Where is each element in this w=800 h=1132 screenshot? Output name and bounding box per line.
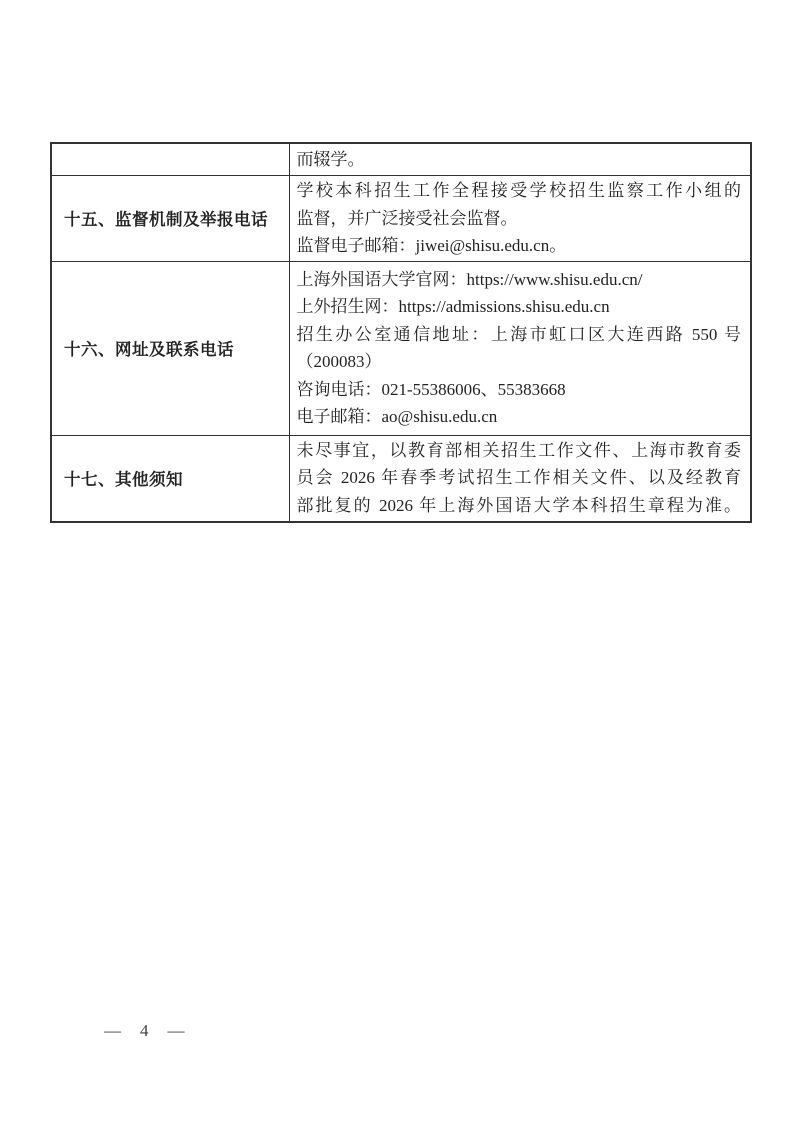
content-line: 监督，并广泛接受社会监督。 bbox=[297, 205, 742, 233]
row-label-cell: 十七、其他须知 bbox=[51, 435, 289, 522]
content-line: 而辍学。 bbox=[297, 146, 742, 174]
row-content-cell: 学校本科招生工作全程接受学校招生监察工作小组的 监督，并广泛接受社会监督。 监督… bbox=[289, 176, 751, 262]
row-label-cell bbox=[51, 143, 289, 176]
table-row: 而辍学。 bbox=[51, 143, 751, 176]
content-line: 未尽事宜，以教育部相关招生工作文件、上海市教育委 bbox=[297, 437, 742, 465]
content-line: 电子邮箱：ao@shisu.edu.cn bbox=[297, 403, 742, 431]
content-line: 咨询电话：021-55386006、55383668 bbox=[297, 376, 742, 404]
row-content-cell: 而辍学。 bbox=[289, 143, 751, 176]
content-line: （200083） bbox=[297, 348, 742, 376]
row-label-cell: 十六、网址及联系电话 bbox=[51, 261, 289, 435]
row-label-cell: 十五、监督机制及举报电话 bbox=[51, 176, 289, 262]
row-content-cell: 未尽事宜，以教育部相关招生工作文件、上海市教育委 员会 2026 年春季考试招生… bbox=[289, 435, 751, 522]
footer-dash-left: — bbox=[104, 1021, 121, 1041]
content-line: 员会 2026 年春季考试招生工作相关文件、以及经教育 bbox=[297, 464, 742, 492]
table-row: 十六、网址及联系电话 上海外国语大学官网：https://www.shisu.e… bbox=[51, 261, 751, 435]
page-footer: — 4 — bbox=[104, 1021, 185, 1041]
content-line: 招生办公室通信地址：上海市虹口区大连西路 550 号 bbox=[297, 321, 742, 349]
content-line: 上外招生网：https://admissions.shisu.edu.cn bbox=[297, 293, 742, 321]
row-content-cell: 上海外国语大学官网：https://www.shisu.edu.cn/ 上外招生… bbox=[289, 261, 751, 435]
table-row: 十五、监督机制及举报电话 学校本科招生工作全程接受学校招生监察工作小组的 监督，… bbox=[51, 176, 751, 262]
content-line: 学校本科招生工作全程接受学校招生监察工作小组的 bbox=[297, 177, 742, 205]
table-row: 十七、其他须知 未尽事宜，以教育部相关招生工作文件、上海市教育委 员会 2026… bbox=[51, 435, 751, 522]
content-line: 上海外国语大学官网：https://www.shisu.edu.cn/ bbox=[297, 266, 742, 294]
footer-dash-right: — bbox=[168, 1021, 185, 1041]
info-table: 而辍学。 十五、监督机制及举报电话 学校本科招生工作全程接受学校招生监察工作小组… bbox=[50, 142, 752, 523]
content-line: 部批复的 2026 年上海外国语大学本科招生章程为准。 bbox=[297, 492, 742, 520]
page-number: 4 bbox=[140, 1021, 149, 1041]
content-line: 监督电子邮箱：jiwei@shisu.edu.cn。 bbox=[297, 232, 742, 260]
